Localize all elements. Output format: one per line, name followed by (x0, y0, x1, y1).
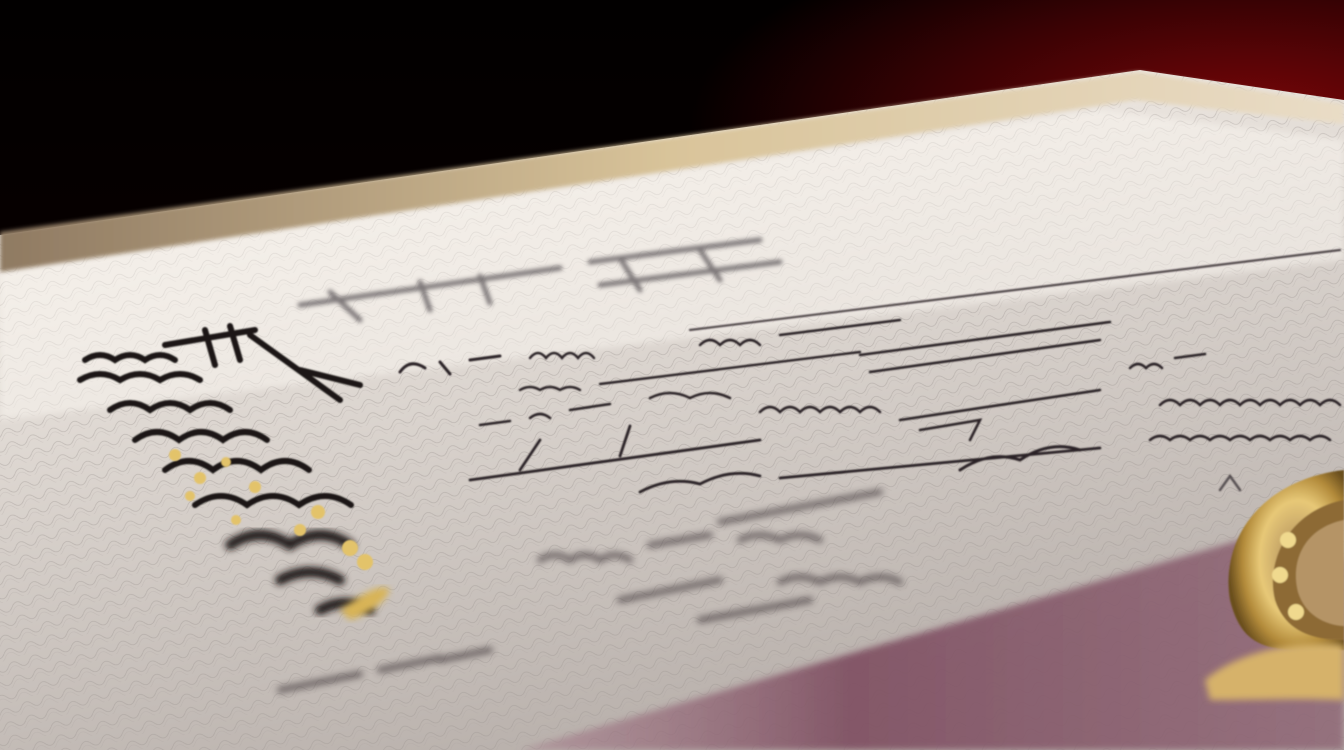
certificate-photo (0, 0, 1344, 750)
certificate-illustration (0, 0, 1344, 750)
